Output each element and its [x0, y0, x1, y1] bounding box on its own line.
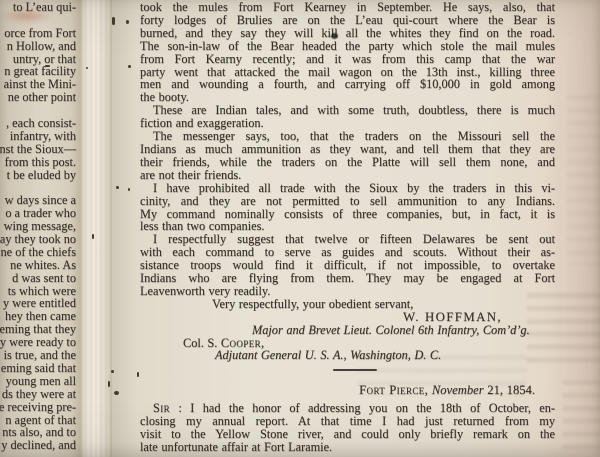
left-page-line: nst the Sioux— — [0, 143, 76, 156]
left-page-line: infantry, with — [0, 130, 76, 143]
left-page-line: eming said that — [0, 362, 76, 375]
paragraph: took the mules from Fort Kearney in Sept… — [140, 1, 555, 104]
text-line: Indians as much ammunition as they want,… — [140, 143, 555, 156]
ink-speck — [86, 67, 88, 69]
left-page: to L’eau qui- orce from Fortn Hollow, an… — [0, 0, 80, 457]
signature-name: W. HOFFMAN, — [140, 311, 555, 324]
addressee-title: Adjutant General U. S. A., Washington, D… — [140, 349, 555, 362]
text-line: Leavenworth very readily. — [140, 285, 555, 298]
paragraph: The messenger says, too, that the trader… — [140, 130, 555, 182]
salutation: Sir — [153, 401, 170, 415]
second-letter: Sir : I had the honor of addressing you … — [140, 402, 555, 454]
ink-speck — [108, 381, 110, 387]
left-page-line: from this post. — [0, 156, 76, 169]
left-page-line: ay they took no — [0, 233, 76, 246]
dateline: Fort Pierce, November 21, 1854. — [140, 384, 555, 397]
ink-speck — [92, 234, 94, 239]
addressee-prefix: Col. S. — [183, 336, 221, 350]
addressee-suffix: , — [261, 336, 264, 350]
paragraph: I have prohibited all trade with the Sio… — [140, 182, 555, 234]
dateline-rest: 21, 1854. — [484, 383, 535, 397]
left-page-text: to L’eau qui- orce from Fortn Hollow, an… — [0, 1, 76, 452]
ink-speck — [128, 188, 130, 191]
second-letter-body: closing my annual report. At that time I… — [140, 415, 555, 454]
left-page-line: , each consist- — [0, 117, 76, 130]
ink-speck — [137, 372, 139, 377]
text-line: took the mules from Fort Kearney in Sept… — [140, 1, 555, 14]
left-page-line: orce from Fort — [0, 27, 76, 40]
red-smudge — [0, 9, 54, 23]
bleed-through — [567, 95, 600, 265]
bleed-through — [562, 380, 600, 452]
text-line: from Fort Kearny recently; and it was fr… — [140, 53, 555, 66]
paragraph: I respectfully suggest that twelve or fi… — [140, 233, 555, 298]
paragraph: These are Indian tales, and with some tr… — [140, 104, 555, 130]
left-page-line: e receiving pre- — [0, 401, 76, 414]
closing-line: Very respectfully, your obedient servant… — [140, 298, 555, 311]
left-page-line: ne other point — [0, 91, 76, 104]
ink-speck — [111, 370, 114, 373]
book-photo: to L’eau qui- orce from Fortn Hollow, an… — [0, 0, 600, 457]
ink-speck — [112, 17, 115, 25]
text-line: Indians who are flying from them. They m… — [140, 272, 555, 285]
ink-speck — [45, 65, 50, 67]
left-page-line: ds they were at — [0, 388, 76, 401]
dateline-month: November — [432, 383, 484, 397]
text-line: forty lodges of Brulies are on the L’eau… — [140, 14, 555, 27]
left-page-line: y declined, and — [0, 439, 76, 452]
text-line: men and wounding a fourth, and carrying … — [140, 78, 555, 91]
left-page-line: is true, and the — [0, 349, 76, 362]
right-page: took the mules from Fort Kearney in Sept… — [112, 0, 600, 457]
ink-speck — [126, 20, 129, 24]
text-line: late unfortunate affair at Fort Laramie. — [140, 441, 555, 454]
ink-speck — [116, 186, 119, 189]
text-line: their friends, while the traders on the … — [140, 156, 555, 169]
section-divider — [333, 369, 377, 371]
text-line: cinity, and they are not permitted to se… — [140, 195, 555, 208]
page-gutter — [80, 0, 112, 457]
text-line: are not their friends. — [140, 169, 555, 182]
text-line: I have prohibited all trade with the Sio… — [140, 182, 555, 195]
text-line: burned, and they say they will kill all … — [140, 27, 555, 40]
addressee-name: Cooper — [221, 336, 261, 350]
letter-body: took the mules from Fort Kearney in Sept… — [140, 1, 555, 454]
ink-speck — [128, 65, 131, 68]
text-line: The son-in-law of the Bear headed the pa… — [140, 40, 555, 53]
left-page-line: n Hollow, and — [0, 40, 76, 53]
salutation-rest: : I had the honor of addressing you on t… — [170, 401, 555, 415]
left-page-line: ne of the chiefs — [0, 246, 76, 259]
ink-blot — [331, 33, 338, 39]
ink-speck — [114, 391, 119, 395]
left-page-line: d was sent to — [0, 272, 76, 285]
left-page-line: ne whites. As — [0, 259, 76, 272]
dateline-place: Fort Pierce, — [359, 383, 428, 397]
left-page-line: young men all — [0, 375, 76, 388]
left-page-line: t be eluded by — [0, 169, 76, 182]
